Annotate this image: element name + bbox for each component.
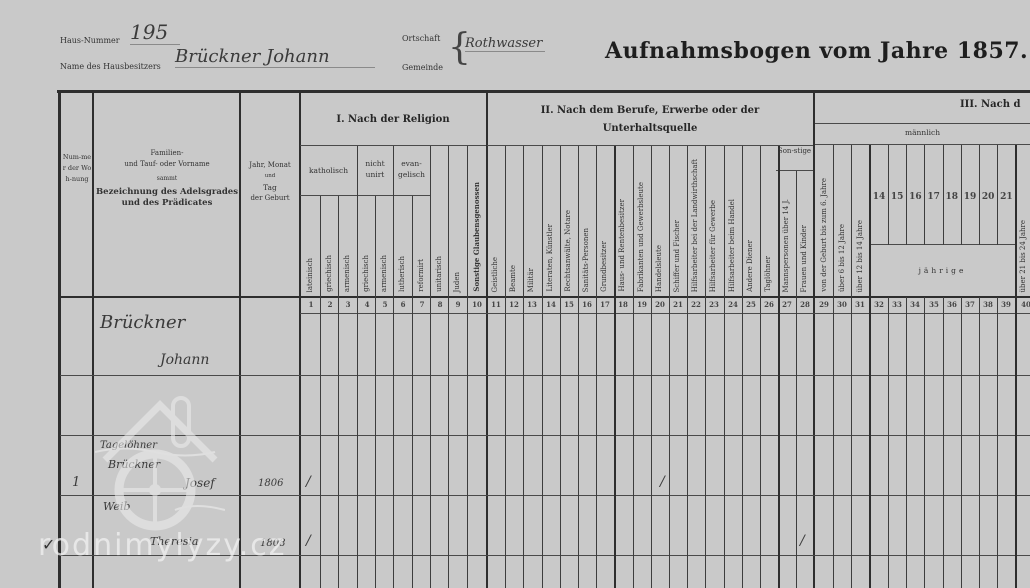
divider xyxy=(448,146,449,588)
birth-header-line: der Geburt xyxy=(242,193,298,204)
divider xyxy=(375,196,376,588)
row-1-name-given: Johann xyxy=(160,352,209,368)
occupation-column-label: Andere Diener xyxy=(746,240,754,292)
column-number: 21 xyxy=(669,300,687,309)
column-number: 17 xyxy=(596,300,614,309)
divider xyxy=(924,297,925,588)
column-number: 37 xyxy=(961,300,979,309)
column-number: 19 xyxy=(633,300,651,309)
column-number: 2 xyxy=(321,300,339,309)
religion-column-label: griechisch xyxy=(362,255,370,292)
column-number: 18 xyxy=(614,300,632,309)
occupation-column-label: Schiffer und Fischer xyxy=(673,220,681,292)
divider xyxy=(578,146,579,588)
occupation-column-label: Geistliche xyxy=(491,257,499,292)
divider xyxy=(760,146,761,588)
occupation-column-label: Militär xyxy=(527,268,535,292)
column-number: 12 xyxy=(505,300,523,309)
column-number: 14 xyxy=(542,300,560,309)
birth-header-line: Tag xyxy=(242,182,298,193)
column-number: 15 xyxy=(560,300,578,309)
column-number: 35 xyxy=(925,300,943,309)
section-age-title: III. Nach d xyxy=(960,99,1030,110)
divider xyxy=(888,297,889,588)
occupation-column-label: Haus- und Rentenbesitzer xyxy=(618,199,626,292)
locality-label: Ortschaft xyxy=(402,34,440,43)
religion-column-label: griechisch xyxy=(325,255,333,292)
divider xyxy=(357,146,358,588)
divider xyxy=(412,196,413,588)
divider xyxy=(560,146,561,588)
column-number: 20 xyxy=(651,300,669,309)
divider xyxy=(776,170,813,171)
name-header-line: und Tauf- oder Vorname xyxy=(96,159,238,170)
divider xyxy=(669,146,670,588)
column-number: 29 xyxy=(815,300,833,309)
tick-mark: / xyxy=(306,474,311,490)
house-number-label: Haus-Nummer xyxy=(60,36,120,45)
apartment-number-header: Num-mer der Woh-nung xyxy=(62,152,92,185)
column-number: 6 xyxy=(394,300,412,309)
divider xyxy=(300,313,1030,314)
age-number: 15 xyxy=(888,192,906,202)
age-number: 21 xyxy=(997,192,1015,202)
divider xyxy=(833,145,834,588)
watermark-text: rodnimylyzy.cz xyxy=(38,528,287,563)
divider xyxy=(487,145,813,146)
column-number: 13 xyxy=(523,300,541,309)
tick-mark: / xyxy=(800,533,805,549)
locality-value: Rothwasser xyxy=(465,36,545,52)
owner-label: Name des Hausbesitzers xyxy=(60,62,161,71)
occupation-column-label: Hilfsarbeiter für Gewerbe xyxy=(709,200,717,292)
occupation-column-label: Handelsleute xyxy=(655,245,663,292)
age-column-label: über 21 bis 24 Jahre xyxy=(1019,220,1027,292)
occupation-column-label: Rechtsanwälte, Notare xyxy=(564,210,572,292)
section-occupation-title: II. Nach dem Berufe, Erwerbe oder der Un… xyxy=(500,102,800,138)
occupation-column-label: Hilfsarbeiter beim Handel xyxy=(728,199,736,292)
age-number: 16 xyxy=(906,192,924,202)
municipality-label: Gemeinde xyxy=(402,63,443,72)
occupation-column-label: Taglöhner xyxy=(764,256,772,292)
divider xyxy=(1015,145,1017,588)
divider xyxy=(239,92,241,588)
occupation-column-label: Literaten, Künstler xyxy=(546,224,554,292)
divider xyxy=(796,171,797,588)
age-column-label: über 6 bis 12 Jahre xyxy=(838,224,846,292)
column-number: 33 xyxy=(888,300,906,309)
divider xyxy=(467,146,468,588)
religion-column-label: reformirt xyxy=(417,259,425,292)
religion-column-label: armenisch xyxy=(380,255,388,292)
column-number: 32 xyxy=(870,300,888,309)
religion-column-label: lutherisch xyxy=(398,256,406,292)
column-number: 24 xyxy=(724,300,742,309)
page-title: Aufnahmsbogen vom Jahre 1857. xyxy=(605,38,1028,64)
row-divider xyxy=(60,375,1030,376)
tick-mark: / xyxy=(306,533,311,549)
divider xyxy=(906,297,907,588)
name-header-line: Bezeichnung des Adelsgrades xyxy=(96,187,238,198)
divider xyxy=(542,146,543,588)
divider xyxy=(633,146,634,588)
table-left-border xyxy=(58,90,61,588)
age-column-label: von der Geburt bis zum 6. Jahre xyxy=(820,178,828,292)
divider xyxy=(505,146,506,588)
group-catholic: katholisch xyxy=(300,165,357,176)
divider xyxy=(742,146,743,588)
divider xyxy=(430,146,431,588)
group-other: Son-stige xyxy=(776,146,813,157)
divider xyxy=(778,146,780,588)
column-number: 40 xyxy=(1017,300,1030,309)
tick-mark: / xyxy=(660,474,665,490)
name-header-line: sammt xyxy=(96,173,238,184)
divider xyxy=(705,146,706,588)
divider xyxy=(486,92,488,588)
owner-value: Brückner Johann xyxy=(175,46,375,68)
column-number: 30 xyxy=(833,300,851,309)
name-header-line: Familien- xyxy=(96,148,238,159)
divider xyxy=(943,297,944,588)
column-number: 8 xyxy=(431,300,449,309)
column-number: 3 xyxy=(339,300,357,309)
section-religion-title: I. Nach der Religion xyxy=(300,114,486,125)
age-number: 18 xyxy=(943,192,961,202)
age-number: 17 xyxy=(925,192,943,202)
age-number: 14 xyxy=(870,192,888,202)
house-number-value: 195 xyxy=(130,20,180,45)
divider xyxy=(724,146,725,588)
divider xyxy=(338,196,339,588)
religion-column-label: armenisch xyxy=(343,255,351,292)
name-header: Familien- und Tauf- oder Vorname sammt B… xyxy=(96,148,238,209)
column-number: 27 xyxy=(778,300,796,309)
column-number: 34 xyxy=(906,300,924,309)
column-number: 26 xyxy=(760,300,778,309)
occupation-column-label: Hilfsarbeiter bei der Landwirthschaft xyxy=(691,159,699,292)
table-top-border xyxy=(57,90,1030,93)
divider xyxy=(815,123,1030,124)
column-number: 9 xyxy=(449,300,467,309)
watermark-logo-icon xyxy=(95,390,225,540)
male-subgroup-label: männlich xyxy=(815,127,1030,138)
column-number: 23 xyxy=(705,300,723,309)
divider xyxy=(961,297,962,588)
divider xyxy=(320,196,321,588)
religion-column-label: Juden xyxy=(453,272,461,292)
column-number: 16 xyxy=(578,300,596,309)
age-label: jährige xyxy=(870,265,1015,276)
age-number: 19 xyxy=(961,192,979,202)
occupation-column-label: Grundbesitzer xyxy=(600,241,608,292)
column-number: 22 xyxy=(687,300,705,309)
occupation-column-label: Beamte xyxy=(509,265,517,292)
column-number: 39 xyxy=(997,300,1015,309)
age-column-label: über 12 bis 14 Jahre xyxy=(856,220,864,292)
row-3-birth: 1806 xyxy=(258,478,283,489)
occupation-column-label: Sanitäts-Personen xyxy=(582,228,590,292)
occupation-column-label: Fabrikanten und Gewerbsleute xyxy=(637,182,645,292)
religion-column-label: Sonstige Glaubensgenossen xyxy=(472,182,481,292)
divider xyxy=(651,146,652,588)
column-number: 38 xyxy=(979,300,997,309)
column-number: 5 xyxy=(376,300,394,309)
name-header-line: und des Prädicates xyxy=(96,198,238,209)
row-1-name-surname: Brückner xyxy=(100,312,185,333)
row-3-apt: 1 xyxy=(72,475,80,490)
divider xyxy=(869,145,871,588)
group-evangelical: evan-gelisch xyxy=(393,158,430,180)
religion-column-label: lateinisch xyxy=(306,258,314,292)
column-number: 36 xyxy=(943,300,961,309)
divider xyxy=(813,92,815,588)
divider xyxy=(60,296,1030,298)
divider xyxy=(687,146,688,588)
occupation-column-label: Mannspersonen über 14 J. xyxy=(782,199,790,292)
age-number: 20 xyxy=(979,192,997,202)
divider xyxy=(92,92,94,588)
column-number: 11 xyxy=(487,300,505,309)
divider xyxy=(614,146,616,588)
divider xyxy=(979,297,980,588)
column-number: 4 xyxy=(358,300,376,309)
divider xyxy=(997,297,998,588)
column-number: 28 xyxy=(796,300,814,309)
birth-header-line: und xyxy=(242,171,298,182)
divider xyxy=(393,146,394,588)
birth-header-line: Jahr, Monat xyxy=(242,160,298,171)
divider xyxy=(596,146,597,588)
column-number: 25 xyxy=(742,300,760,309)
divider xyxy=(523,146,524,588)
divider xyxy=(851,145,852,588)
column-number: 7 xyxy=(413,300,431,309)
religion-column-label: unitarisch xyxy=(435,256,443,292)
occupation-column-label: Frauen und Kinder xyxy=(800,225,808,292)
column-number: 10 xyxy=(468,300,486,309)
column-number: 31 xyxy=(851,300,869,309)
column-number: 1 xyxy=(302,300,320,309)
group-non-united: nicht unirt xyxy=(357,158,393,180)
birth-header: Jahr, Monat und Tag der Geburt xyxy=(242,160,298,204)
